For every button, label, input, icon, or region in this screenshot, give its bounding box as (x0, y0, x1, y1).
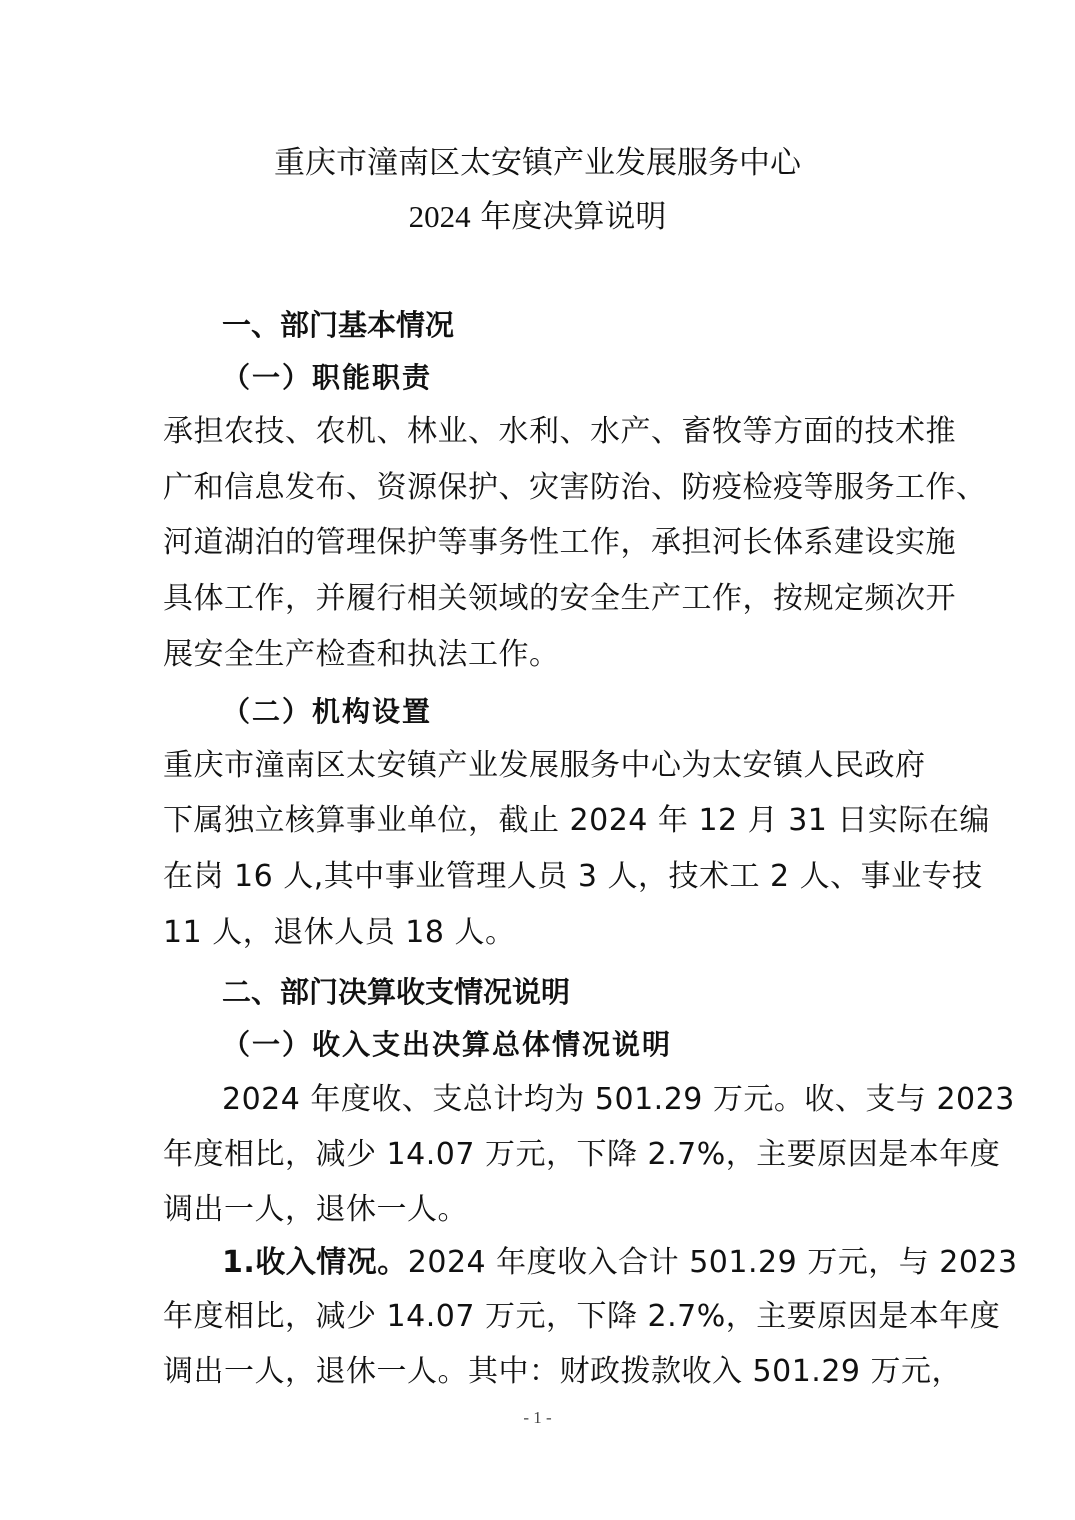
paragraph-line: 调出一人，退休一人。 (163, 1190, 923, 1230)
page-number: - 1 - (0, 1408, 1075, 1428)
income-label: 1.收入情况。 (222, 1245, 408, 1280)
section-2-heading: 二、部门决算收支情况说明 (222, 972, 570, 1012)
title-subtitle: 年度决算说明 (471, 199, 667, 235)
income-paragraph-first-line: 1.收入情况。2024 年度收入合计 501.29 万元，与 2023 (222, 1243, 922, 1283)
paragraph-line: 2024 年度收、支总计均为 501.29 万元。收、支与 2023 (222, 1080, 922, 1120)
section-1-1-heading: （一）职能职责 (222, 358, 432, 398)
title-year: 2024 (409, 199, 471, 234)
paragraph-line: 具体工作，并履行相关领域的安全生产工作，按规定频次开 (163, 579, 923, 619)
section-2-1-heading: （一）收入支出决算总体情况说明 (222, 1025, 672, 1065)
paragraph-line: 承担农技、农机、林业、水利、水产、畜牧等方面的技术推 (163, 412, 923, 452)
section-1-2-heading: （二）机构设置 (222, 692, 432, 732)
income-text: 2024 年度收入合计 501.29 万元，与 2023 (408, 1245, 1018, 1280)
document-title-line2: 2024 年度决算说明 (0, 197, 1075, 237)
document-page: 重庆市潼南区太安镇产业发展服务中心 2024 年度决算说明 一、部门基本情况 （… (0, 0, 1075, 1520)
paragraph-line: 展安全生产检查和执法工作。 (163, 635, 923, 675)
paragraph-line: 下属独立核算事业单位，截止 2024 年 12 月 31 日实际在编 (163, 801, 923, 841)
paragraph-line: 河道湖泊的管理保护等事务性工作，承担河长体系建设实施 (163, 523, 923, 563)
paragraph-line: 在岗 16 人,其中事业管理人员 3 人，技术工 2 人、事业专技 (163, 857, 923, 897)
paragraph-line: 广和信息发布、资源保护、灾害防治、防疫检疫等服务工作、 (163, 468, 923, 508)
paragraph-line: 重庆市潼南区太安镇产业发展服务中心为太安镇人民政府 (163, 746, 923, 786)
document-title-line1: 重庆市潼南区太安镇产业发展服务中心 (0, 143, 1075, 183)
paragraph-line: 年度相比，减少 14.07 万元，下降 2.7%，主要原因是本年度 (163, 1135, 923, 1175)
paragraph-line: 11 人，退休人员 18 人。 (163, 913, 923, 953)
paragraph-line: 调出一人，退休一人。其中：财政拨款收入 501.29 万元， (163, 1352, 923, 1392)
section-1-heading: 一、部门基本情况 (222, 305, 454, 345)
paragraph-line: 年度相比，减少 14.07 万元，下降 2.7%，主要原因是本年度 (163, 1297, 923, 1337)
